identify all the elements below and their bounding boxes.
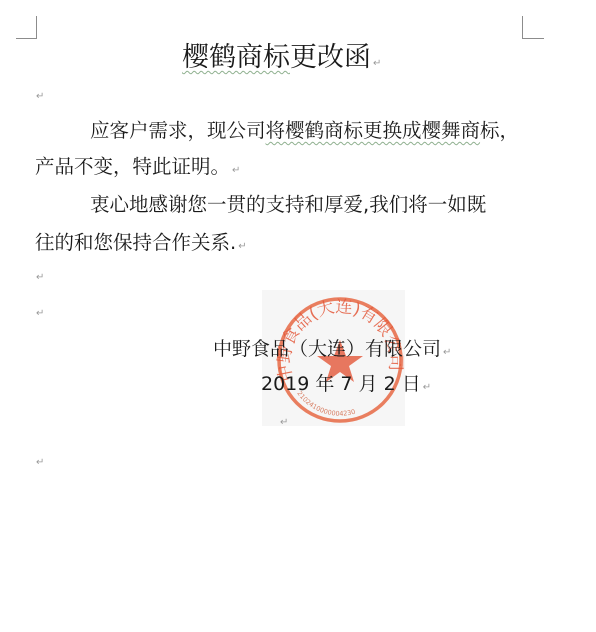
text-run: 产品不变，特此证明。 — [35, 155, 230, 178]
date-text: 2019 年 7 月 2 日 — [261, 373, 421, 395]
text-run: 衷心地感谢您一贯的支持和厚爱,我们将一如既 — [90, 193, 486, 216]
paragraph-mark-icon: ↵ — [423, 382, 431, 393]
paragraph-mark-icon: ↵ — [36, 92, 44, 102]
paragraph-mark-icon: ↵ — [36, 309, 44, 319]
document-title[interactable]: 樱鹤商标更改函↵ — [182, 44, 381, 71]
signature-date[interactable]: 2019 年 7 月 2 日↵ — [261, 375, 431, 394]
paragraph-1-line-1[interactable]: 应客户需求，现公司将樱鹤商标更换成樱舞商标， — [90, 121, 519, 141]
company-name: 中野食品（大连）有限公司 — [213, 338, 441, 360]
paragraph-1-line-2[interactable]: 产品不变，特此证明。↵ — [35, 157, 240, 177]
paragraph-mark-icon: ↵ — [36, 273, 44, 283]
spellcheck-underlined-text: 将樱鹤商标更换成樱舞商 — [266, 119, 481, 142]
paragraph-mark-icon: ↵ — [238, 241, 246, 252]
paragraph-mark-icon: ↵ — [443, 347, 451, 358]
text-run: 标， — [480, 119, 519, 142]
text-run: 应客户需求，现公司 — [90, 119, 266, 142]
paragraph-2-line-2[interactable]: 往的和您保持合作关系.↵ — [35, 233, 247, 253]
signature-company[interactable]: 中野食品（大连）有限公司↵ — [213, 340, 451, 359]
paragraph-mark-icon: ↵ — [232, 165, 240, 176]
text-run: 往的和您保持合作关系. — [35, 231, 236, 254]
title-text: 更改函 — [290, 42, 371, 73]
paragraph-2-line-1[interactable]: 衷心地感谢您一贯的支持和厚爱,我们将一如既 — [90, 195, 486, 215]
paragraph-mark-icon: ↵ — [36, 458, 44, 468]
paragraph-mark-icon: ↵ — [280, 418, 288, 428]
paragraph-mark-icon: ↵ — [373, 58, 381, 69]
page-corner-mark-top-right — [522, 16, 544, 39]
spellcheck-underlined-text: 樱鹤商标 — [182, 42, 290, 73]
page-corner-mark-top-left — [16, 16, 37, 39]
company-seal-stamp: 中野食品(大连)有限公司 2102410000004230 — [272, 296, 408, 426]
